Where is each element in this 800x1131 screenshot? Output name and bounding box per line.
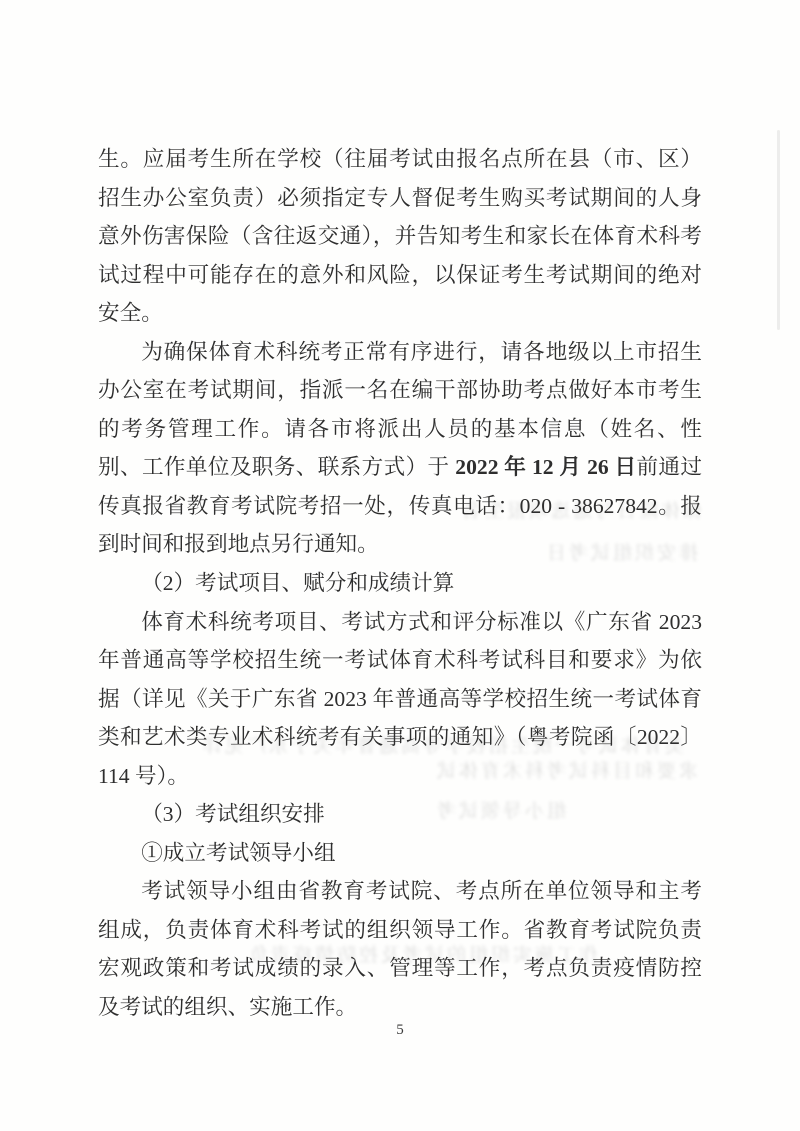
paragraph-leadership-group-duties: 考试领导小组由省教育考试院、考点所在单位领导和主考组成，负责体育术科考试的组织领…	[98, 872, 702, 1026]
paragraph-exam-staffing: 为确保体育术科统考正常有序进行，请各地级以上市招生办公室在考试期间，指派一名在编…	[98, 333, 702, 564]
subsection-heading-leadership-group: ①成立考试领导小组	[98, 834, 702, 873]
page-number: 5	[0, 1022, 800, 1039]
document-page: 保体险日与通选项报生名 排安织组试考日 类育体试考一统生招校学等高通普年关于东广…	[0, 0, 800, 1131]
document-body: 生。应届考生所在学校（往届考试由报名点所在县（市、区）招生办公室负责）必须指定专…	[98, 140, 702, 1027]
section-heading-exam-organization: （3）考试组织安排	[98, 795, 702, 834]
fax-deadline-date: 2022 年 12 月 26 日	[455, 455, 636, 479]
paragraph-insurance-continuation: 生。应届考生所在学校（往届考试由报名点所在县（市、区）招生办公室负责）必须指定专…	[98, 140, 702, 333]
scan-edge-shadow	[777, 130, 780, 330]
paragraph-exam-standards: 体育术科统考项目、考试方式和评分标准以《广东省 2023 年普通高等学校招生统一…	[98, 603, 702, 796]
section-heading-exam-items: （2）考试项目、赋分和成绩计算	[98, 564, 702, 603]
